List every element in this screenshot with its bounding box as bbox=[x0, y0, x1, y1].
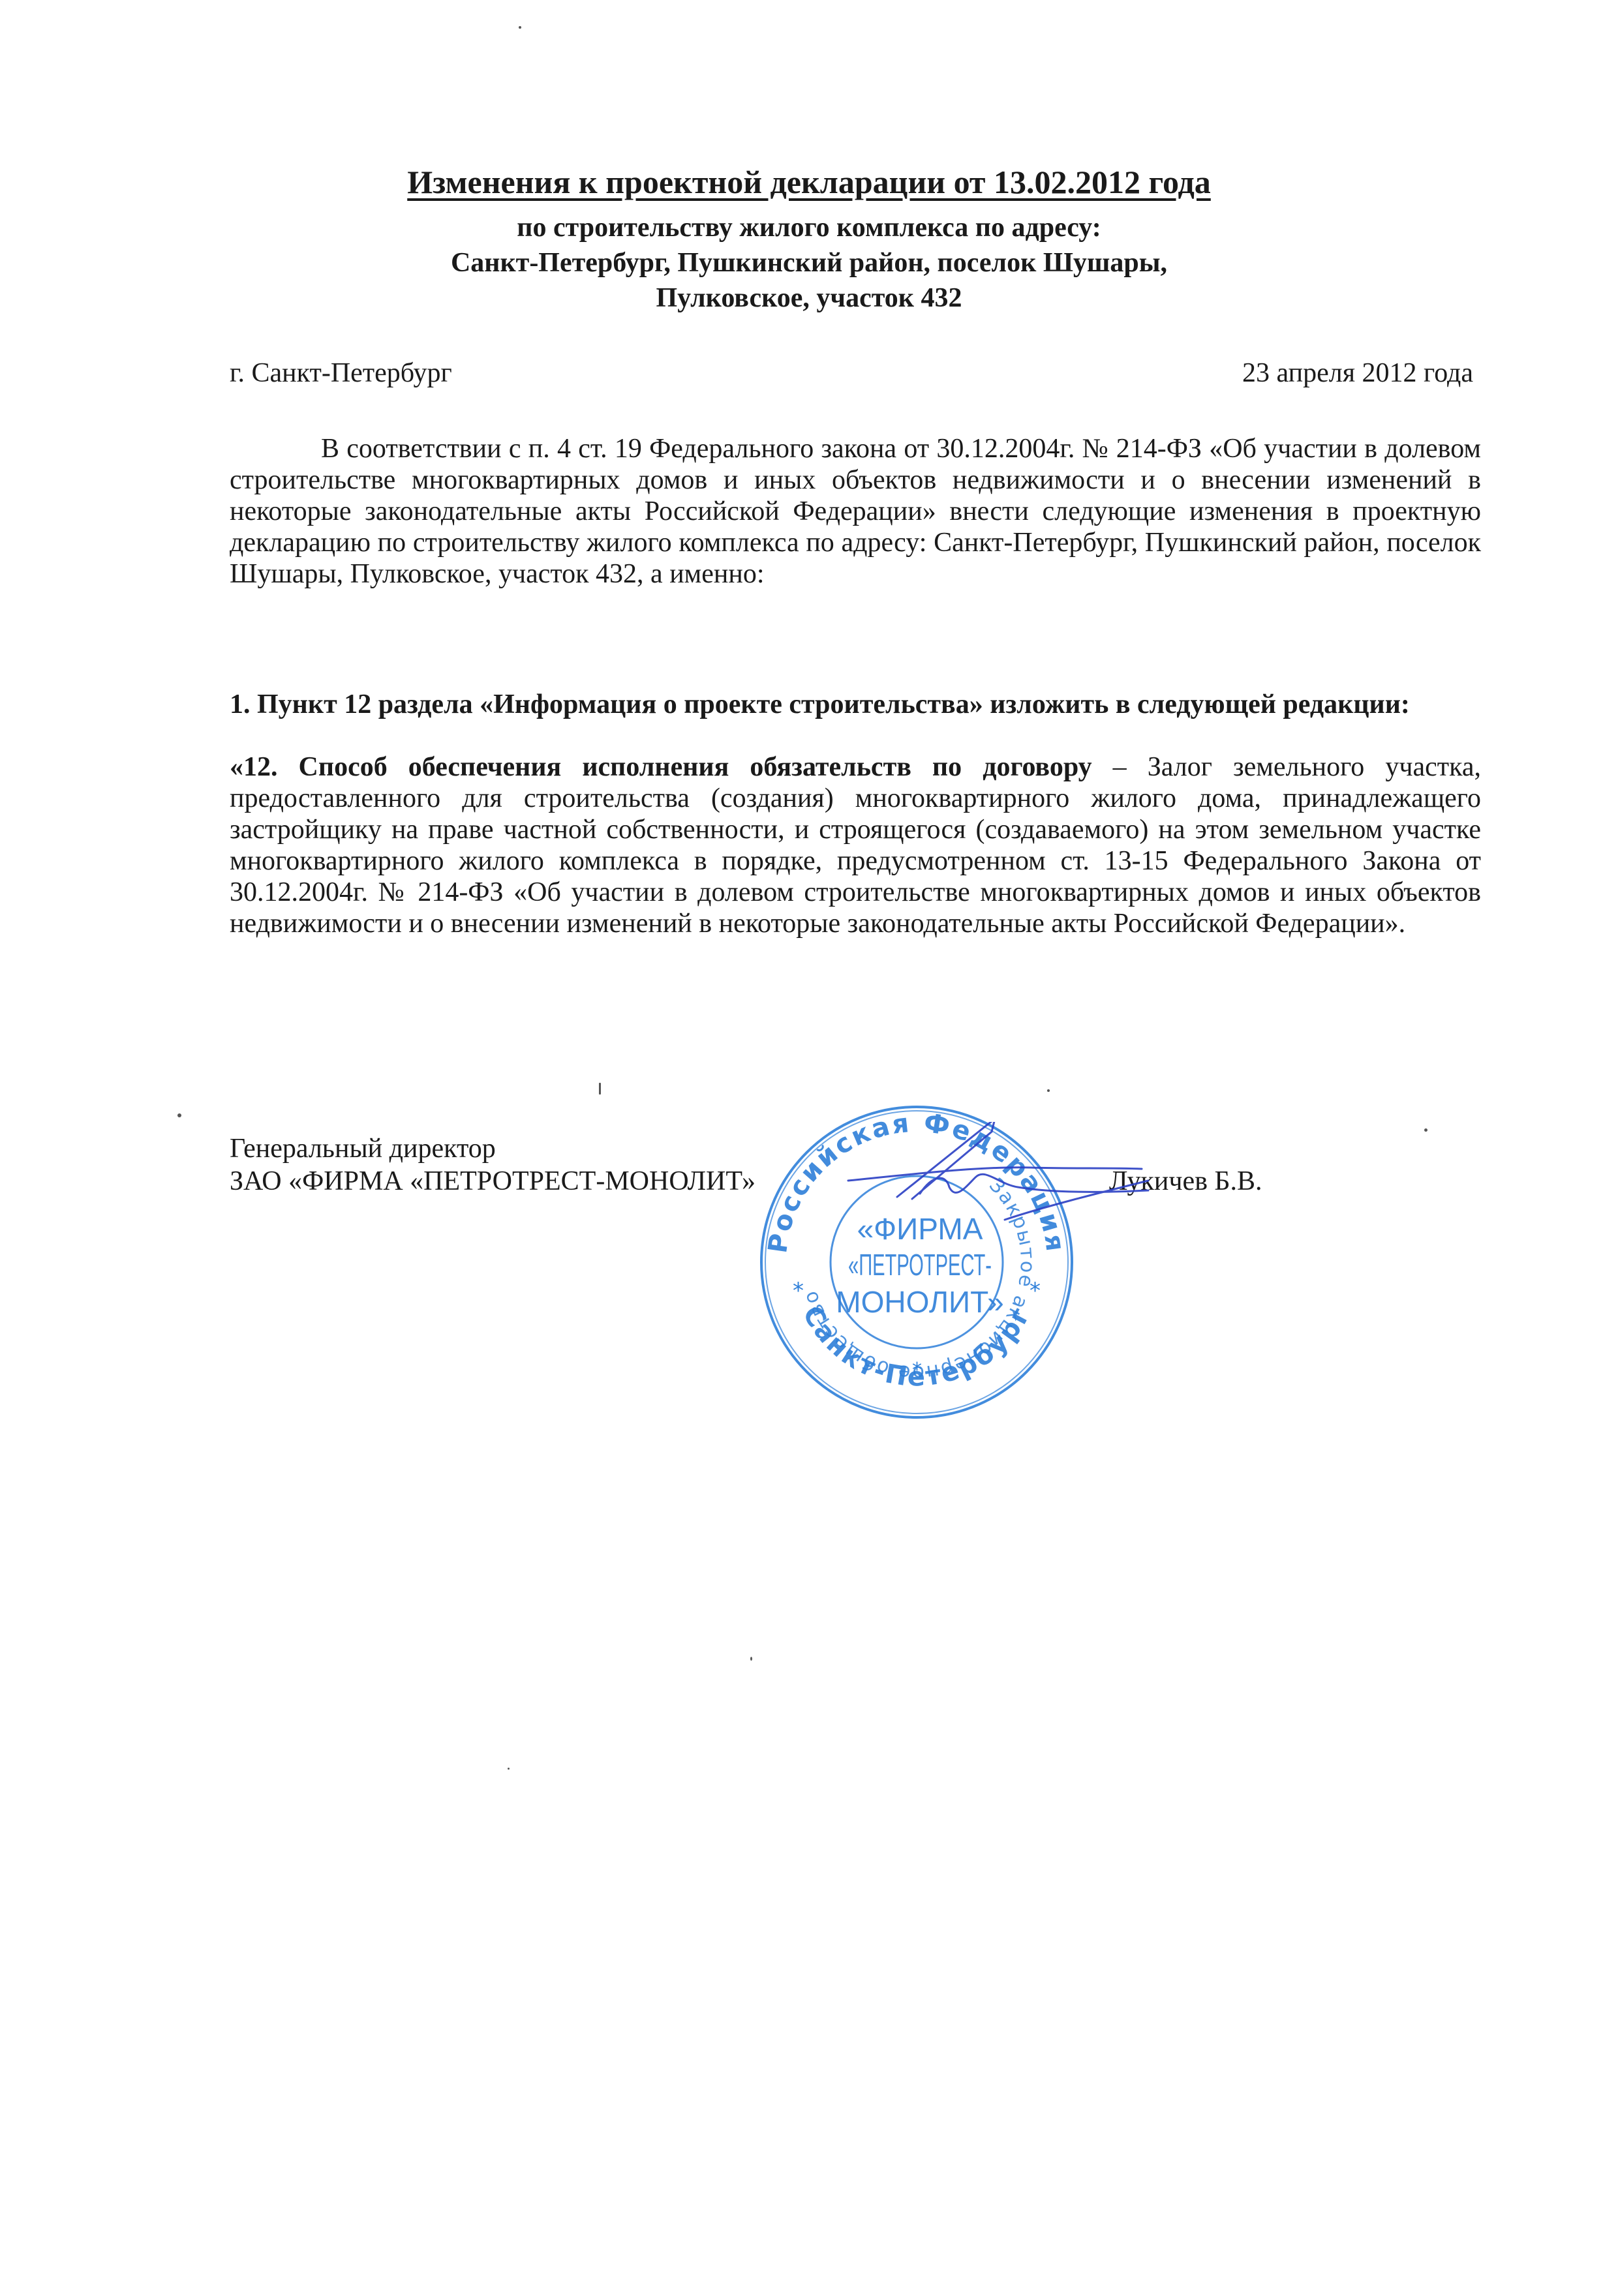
document-title-text: Изменения к проектной декларации от 13.0… bbox=[407, 164, 1211, 200]
item-12-label: «12. Способ обеспечения исполнения обяза… bbox=[230, 752, 1092, 782]
stamp-center-line-2: «ПЕТРОТРЕСТ- bbox=[848, 1248, 992, 1282]
scan-speck bbox=[508, 1768, 510, 1770]
stamp-center-line-3: МОНОЛИТ» bbox=[836, 1285, 1004, 1319]
subtitle-line-2: Санкт-Петербург, Пушкинский район, посел… bbox=[0, 245, 1618, 280]
handwritten-signature bbox=[835, 1122, 1174, 1252]
item-12-dash: – bbox=[1092, 752, 1148, 782]
subtitle-line-3: Пулковское, участок 432 bbox=[0, 280, 1618, 316]
scan-speck bbox=[519, 26, 521, 29]
scan-speck bbox=[599, 1083, 601, 1095]
scan-speck bbox=[1424, 1128, 1427, 1132]
scan-speck bbox=[1047, 1089, 1050, 1092]
stamp-star-right: * bbox=[1030, 1278, 1041, 1304]
intro-paragraph: В соответствии с п. 4 ст. 19 Федеральног… bbox=[230, 433, 1481, 590]
intro-paragraph-text: В соответствии с п. 4 ст. 19 Федеральног… bbox=[230, 434, 1481, 589]
signatory-position: Генеральный директор bbox=[230, 1132, 496, 1166]
signatory-organization: ЗАО «ФИРМА «ПЕТРОТРЕСТ-МОНОЛИТ» bbox=[230, 1166, 756, 1197]
document-page: Изменения к проектной декларации от 13.0… bbox=[0, 0, 1618, 2296]
document-date: 23 апреля 2012 года bbox=[1242, 357, 1473, 389]
item-1-heading: 1. Пункт 12 раздела «Информация о проект… bbox=[230, 689, 1481, 720]
subtitle-line-1: по строительству жилого комплекса по адр… bbox=[0, 210, 1618, 245]
scan-speck bbox=[750, 1657, 752, 1661]
scan-speck bbox=[177, 1113, 181, 1117]
stamp-star-bottom: * bbox=[912, 1359, 922, 1382]
document-title: Изменения к проектной декларации от 13.0… bbox=[0, 163, 1618, 201]
stamp-star-left: * bbox=[793, 1278, 804, 1304]
item-12-paragraph: «12. Способ обеспечения исполнения обяза… bbox=[230, 751, 1481, 939]
document-city: г. Санкт-Петербург bbox=[230, 357, 452, 389]
